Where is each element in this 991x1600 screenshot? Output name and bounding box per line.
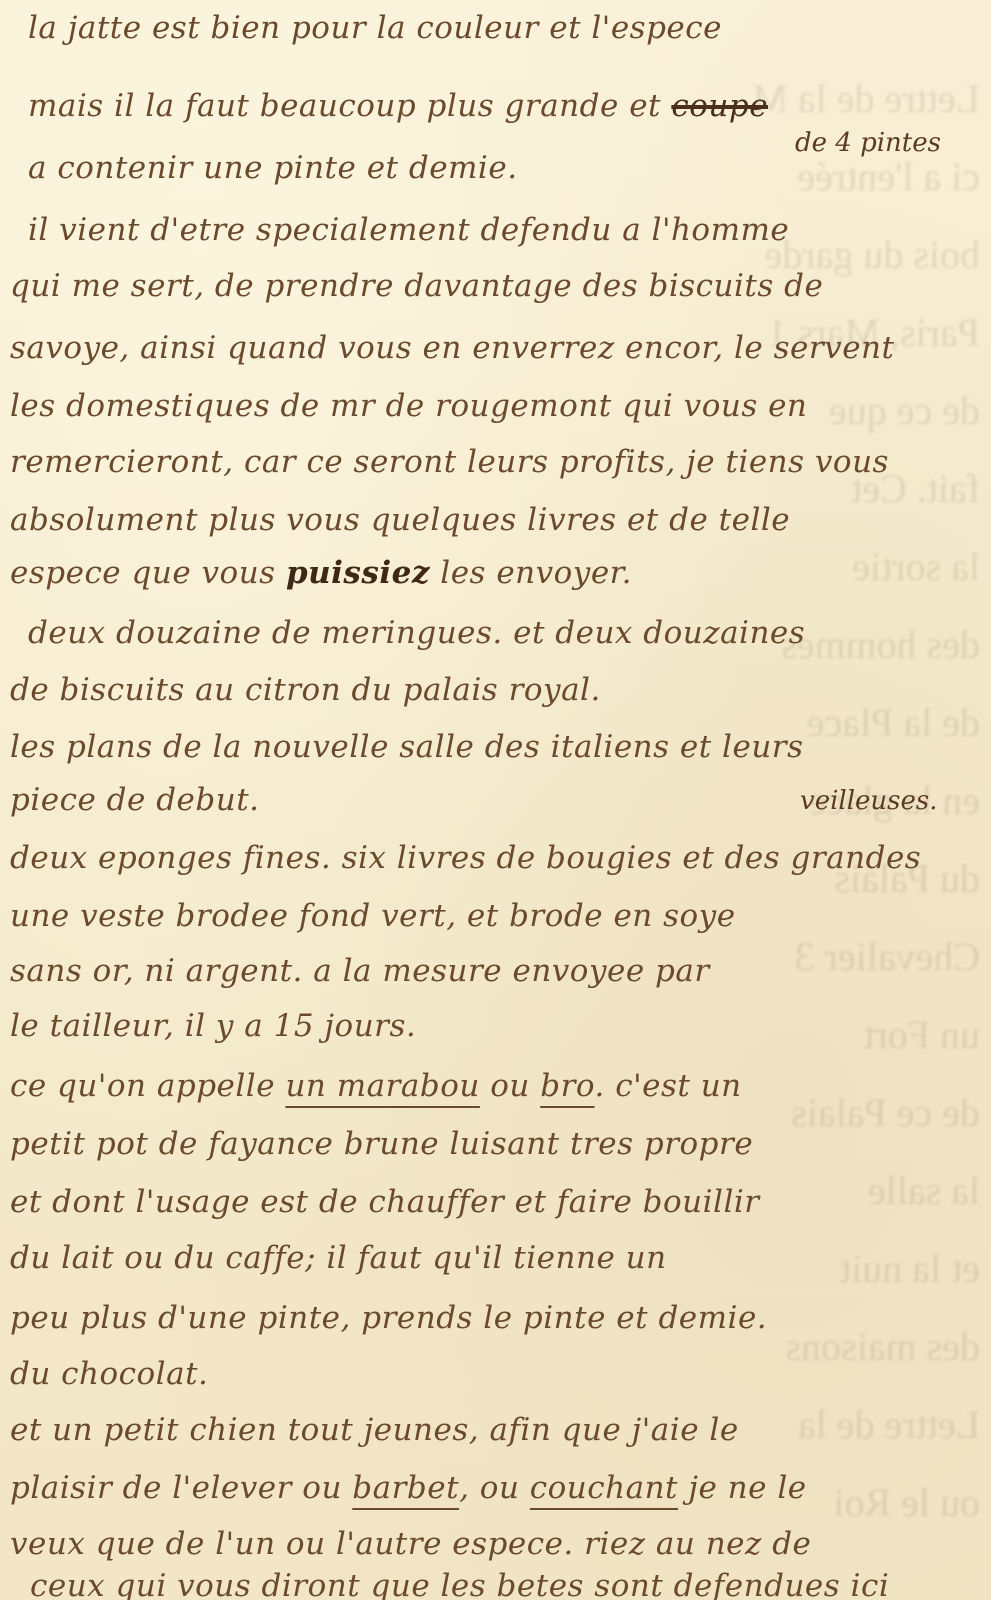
struck-word: coupe	[671, 88, 768, 124]
manuscript-line: petit pot de fayance brune luisant tres …	[10, 1126, 753, 1162]
manuscript-line: ceux qui vous diront que les betes sont …	[30, 1568, 889, 1600]
manuscript-line: du lait ou du caffe; il faut qu'il tienn…	[10, 1240, 667, 1276]
manuscript-line: sans or, ni argent. a la mesure envoyee …	[10, 953, 710, 989]
manuscript-line: veux que de l'un ou l'autre espece. riez…	[10, 1526, 811, 1562]
underlined-word: un marabou	[285, 1068, 479, 1104]
manuscript-line: remercieront, car ce seront leurs profit…	[10, 444, 889, 480]
line-text: ou	[490, 1068, 530, 1104]
manuscript-line: qui me sert, de prendre davantage des bi…	[10, 268, 823, 304]
margin-note: veilleuses.	[800, 786, 938, 816]
emphasized-word: puissiez	[286, 555, 430, 591]
line-text: , ou	[459, 1470, 519, 1506]
underlined-word: bro	[540, 1068, 594, 1104]
manuscript-page: Lettre de la Mci a l'entréebois du garde…	[0, 0, 991, 1600]
line-text: je ne le	[688, 1470, 806, 1506]
manuscript-line: les domestiques de mr de rougemont qui v…	[10, 388, 807, 424]
manuscript-line: savoye, ainsi quand vous en enverrez enc…	[10, 330, 894, 366]
line-text: espece que vous	[10, 555, 276, 591]
manuscript-line: ce qu'on appelle un marabou ou bro. c'es…	[10, 1068, 742, 1104]
manuscript-line: il vient d'etre specialement defendu a l…	[28, 212, 789, 248]
manuscript-line: a contenir une pinte et demie.	[28, 150, 518, 186]
line-text: mais il la faut beaucoup plus grande et	[28, 88, 661, 124]
interlinear-insertion: de 4 pintes	[795, 128, 941, 158]
manuscript-line: et dont l'usage est de chauffer et faire…	[10, 1184, 760, 1220]
manuscript-line: peu plus d'une pinte, prends le pinte et…	[10, 1300, 767, 1336]
manuscript-line: plaisir de l'elever ou barbet, ou coucha…	[10, 1470, 807, 1506]
line-text: plaisir de l'elever	[10, 1470, 292, 1506]
manuscript-line: du chocolat.	[10, 1356, 208, 1392]
line-text: . c'est un	[595, 1068, 742, 1104]
line-text: les envoyer.	[440, 555, 632, 591]
manuscript-line: de biscuits au citron du palais royal.	[10, 672, 601, 708]
manuscript-line: piece de debut.	[10, 782, 260, 818]
manuscript-line: deux eponges fines. six livres de bougie…	[10, 840, 921, 876]
manuscript-line: le tailleur, il y a 15 jours.	[10, 1008, 416, 1044]
manuscript-line: une veste brodee fond vert, et brode en …	[10, 898, 736, 934]
manuscript-line: absolument plus vous quelques livres et …	[10, 502, 790, 538]
line-text: ce qu'on appelle	[10, 1068, 275, 1104]
underlined-word: barbet	[352, 1470, 459, 1506]
manuscript-line: espece que vous puissiez les envoyer.	[10, 555, 632, 591]
underlined-word: couchant	[530, 1470, 678, 1506]
manuscript-line: et un petit chien tout jeunes, afin que …	[10, 1412, 739, 1448]
manuscript-line: les plans de la nouvelle salle des itali…	[10, 729, 804, 765]
manuscript-line: mais il la faut beaucoup plus grande et …	[28, 88, 768, 124]
line-text: ou	[302, 1470, 342, 1506]
manuscript-line: deux douzaine de meringues. et deux douz…	[28, 615, 805, 651]
manuscript-line: la jatte est bien pour la couleur et l'e…	[28, 10, 722, 46]
